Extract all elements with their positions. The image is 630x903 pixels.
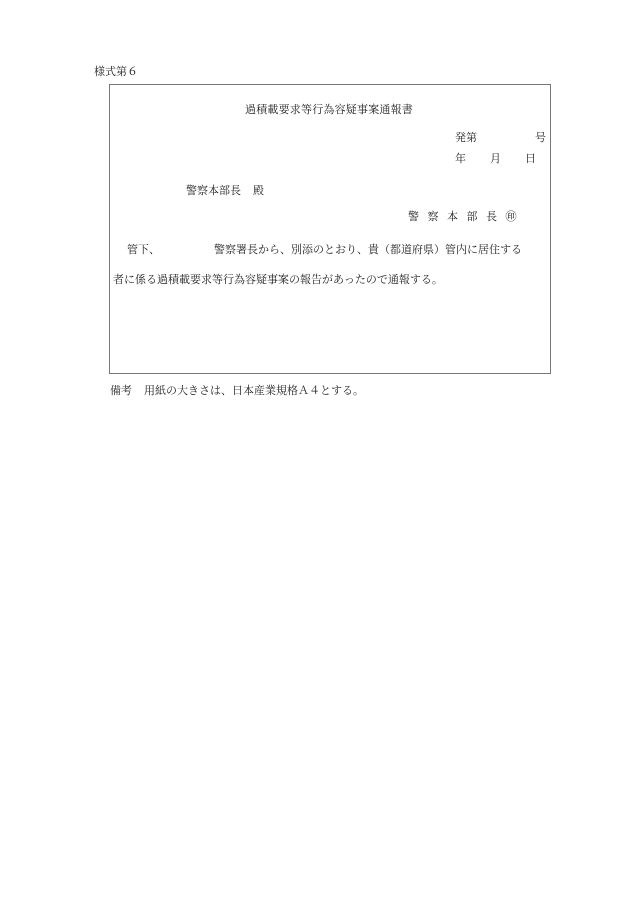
addressee-honorific: 殿 (253, 184, 264, 197)
issue-number: 発第号 (455, 132, 546, 143)
form-number-label: 様式第６ (94, 66, 138, 77)
body-line-1-start: 管下、 (127, 243, 160, 256)
document-title: 過積載要求等行為容疑事案通報書 (245, 104, 413, 115)
remark: 備考用紙の大きさは、日本産業規格Ａ４とする。 (110, 385, 364, 396)
date-day: 日 (525, 152, 536, 165)
form-frame (109, 84, 551, 374)
issue-number-suffix: 号 (535, 131, 546, 144)
body-line-2: 者に係る過積載要求等行為容疑事案の報告があったので通報する。 (113, 274, 443, 285)
addressee-name: 警察本部長 (186, 184, 241, 197)
addressee: 警察本部長殿 (186, 185, 264, 196)
date-year: 年 (455, 152, 466, 165)
remark-text: 用紙の大きさは、日本産業規格Ａ４とする。 (144, 384, 364, 397)
body-line-1-rest: 警察署長から、別添のとおり、貴（都道府県）管内に居住する (214, 243, 522, 256)
body-line-1: 管下、警察署長から、別添のとおり、貴（都道府県）管内に居住する (127, 244, 522, 255)
sender-with-seal: 警察本部長㊞ (408, 211, 525, 222)
remark-label: 備考 (110, 384, 132, 397)
issue-number-prefix: 発第 (455, 131, 477, 144)
issue-date: 年月日 (455, 153, 536, 164)
date-month: 月 (490, 152, 501, 165)
